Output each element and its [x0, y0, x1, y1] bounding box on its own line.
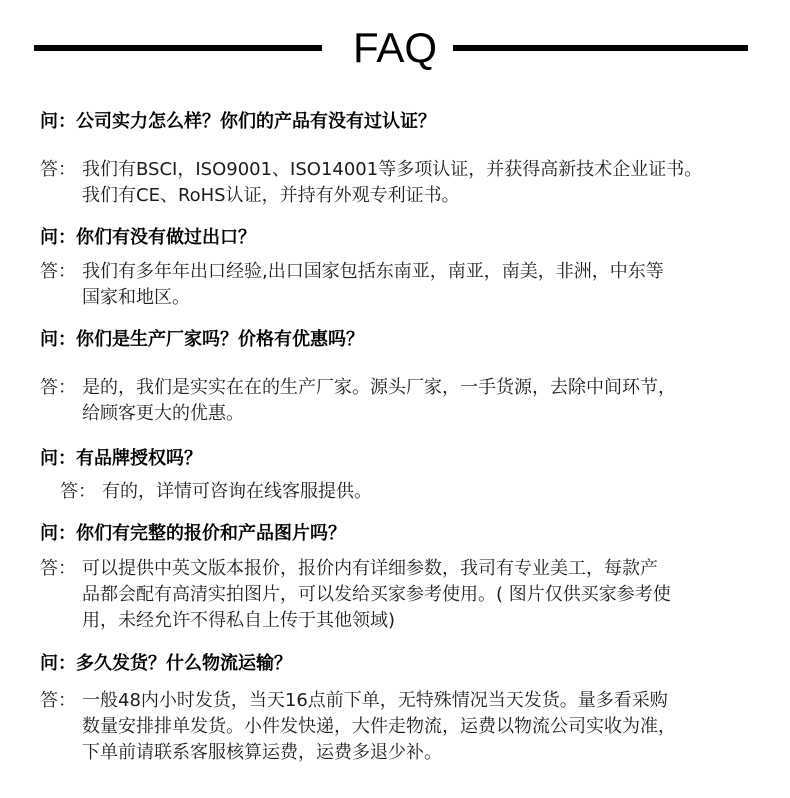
question-prefix: 问： [40, 653, 76, 674]
answer-line: 给顾客更大的优惠。 [40, 401, 676, 427]
faq-answer-4: 答：有的，详情可咨询在线客服提供。 [60, 479, 372, 505]
answer-line: 数量安排排单发货。小件发快递，大件走物流，运费以物流公司实收为准， [40, 714, 676, 740]
answer-prefix: 答： [40, 556, 82, 582]
faq-question-2: 问：你们有没有做过出口？ [40, 226, 256, 250]
faq-answer-3: 答：是的，我们是实实在在的生产厂家。源头厂家，一手货源，去除中间环节， 给顾客更… [40, 375, 676, 427]
answer-prefix: 答： [40, 688, 82, 714]
faq-question-5: 问：你们有完整的报价和产品图片吗？ [40, 522, 346, 546]
answer-line: 用，未经允许不得私自上传于其他领域) [40, 608, 671, 634]
question-text: 有品牌授权吗？ [76, 448, 202, 469]
answer-line: 下单前请联系客服核算运费，运费多退少补。 [40, 740, 676, 766]
header-rule-right [453, 45, 748, 51]
faq-question-6: 问：多久发货？什么物流运输？ [40, 652, 292, 676]
answer-prefix: 答： [40, 259, 82, 285]
faq-question-3: 问：你们是生产厂家吗？价格有优惠吗？ [40, 328, 364, 352]
answer-line: 我们有CE、RoHS认证，并持有外观专利证书。 [40, 183, 702, 209]
answer-prefix: 答： [40, 375, 82, 401]
question-text: 你们是生产厂家吗？价格有优惠吗？ [76, 329, 364, 350]
question-prefix: 问： [40, 227, 76, 248]
question-prefix: 问： [40, 448, 76, 469]
question-prefix: 问： [40, 329, 76, 350]
question-prefix: 问： [40, 111, 76, 132]
faq-answer-2: 答：我们有多年年出口经验,出口国家包括东南亚，南亚，南美，非洲，中东等 国家和地… [40, 259, 664, 311]
question-prefix: 问： [40, 523, 76, 544]
faq-question-1: 问：公司实力怎么样？你们的产品有没有过认证？ [40, 110, 436, 134]
faq-answer-5: 答：可以提供中英文版本报价，报价内有详细参数，我司有专业美工，每款产 品都会配有… [40, 556, 671, 634]
answer-prefix: 答： [60, 479, 102, 505]
answer-line: 一般48内小时发货，当天16点前下单，无特殊情况当天发货。量多看采购 [82, 690, 668, 711]
answer-line: 可以提供中英文版本报价，报价内有详细参数，我司有专业美工，每款产 [82, 558, 658, 579]
question-text: 你们有没有做过出口？ [76, 227, 256, 248]
question-text: 你们有完整的报价和产品图片吗？ [76, 523, 346, 544]
faq-answer-1: 答：我们有BSCI，ISO9001、ISO14001等多项认证，并获得高新技术企… [40, 157, 702, 209]
question-text: 多久发货？什么物流运输？ [76, 653, 292, 674]
answer-line: 我们有BSCI，ISO9001、ISO14001等多项认证，并获得高新技术企业证… [82, 159, 702, 180]
answer-line: 国家和地区。 [40, 285, 664, 311]
answer-line: 品都会配有高清实拍图片，可以发给买家参考使用。( 图片仅供买家参考使 [40, 582, 671, 608]
question-text: 公司实力怎么样？你们的产品有没有过认证？ [76, 111, 436, 132]
faq-question-4: 问：有品牌授权吗？ [40, 447, 202, 471]
answer-line: 是的，我们是实实在在的生产厂家。源头厂家，一手货源，去除中间环节， [82, 377, 676, 398]
answer-line: 我们有多年年出口经验,出口国家包括东南亚，南亚，南美，非洲，中东等 [82, 261, 664, 282]
faq-answer-6: 答：一般48内小时发货，当天16点前下单，无特殊情况当天发货。量多看采购 数量安… [40, 688, 676, 766]
answer-line: 有的，详情可咨询在线客服提供。 [102, 481, 372, 502]
answer-prefix: 答： [40, 157, 82, 183]
